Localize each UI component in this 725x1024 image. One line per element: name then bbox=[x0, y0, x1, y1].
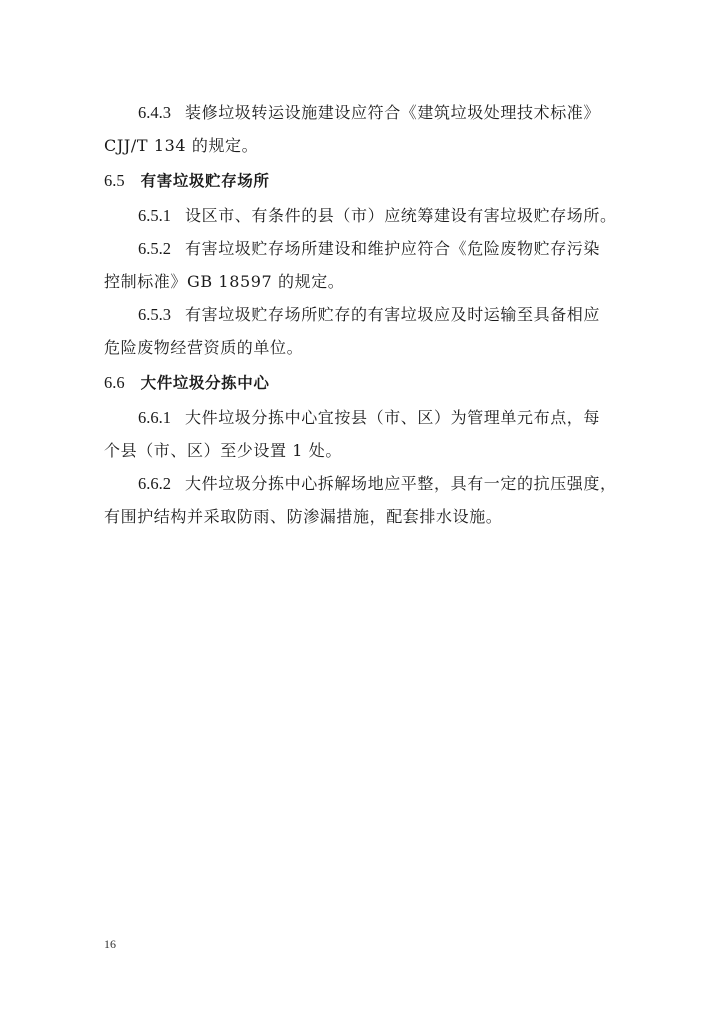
clause-text: 有围护结构并采取防雨、防渗漏措施，配套排水设施。 bbox=[104, 507, 502, 526]
clause-text: CJJ/T 134 的规定。 bbox=[104, 136, 258, 155]
clause-text: 有害垃圾贮存场所贮存的有害垃圾应及时运输至具备相应 bbox=[185, 305, 600, 324]
clause-number: 6.4.3 bbox=[138, 96, 171, 129]
clause-6-5-1: 6.5.1设区市、有条件的县（市）应统筹建设有害垃圾贮存场所。 bbox=[104, 199, 620, 232]
section-title: 大件垃圾分拣中心 bbox=[141, 374, 270, 392]
clause-text: 有害垃圾贮存场所建设和维护应符合《危险废物贮存污染 bbox=[185, 239, 600, 258]
section-number: 6.6 bbox=[104, 364, 125, 401]
section-heading-6-6: 6.6大件垃圾分拣中心 bbox=[104, 364, 620, 401]
section-title: 有害垃圾贮存场所 bbox=[141, 172, 270, 190]
clause-number: 6.5.2 bbox=[138, 232, 171, 265]
clause-line: 6.6.1大件垃圾分拣中心宜按县（市、区）为管理单元布点，每 bbox=[104, 401, 620, 434]
clause-line: 6.5.3有害垃圾贮存场所贮存的有害垃圾应及时运输至具备相应 bbox=[104, 298, 620, 331]
clause-line: 6.6.2大件垃圾分拣中心拆解场地应平整，具有一定的抗压强度， bbox=[104, 467, 620, 500]
clause-number: 6.6.1 bbox=[138, 401, 171, 434]
clause-6-5-2: 6.5.2有害垃圾贮存场所建设和维护应符合《危险废物贮存污染 控制标准》GB 1… bbox=[104, 232, 620, 298]
clause-text: 大件垃圾分拣中心拆解场地应平整，具有一定的抗压强度， bbox=[185, 474, 617, 493]
clause-line: 6.5.2有害垃圾贮存场所建设和维护应符合《危险废物贮存污染 bbox=[104, 232, 620, 265]
section-number: 6.5 bbox=[104, 162, 125, 199]
clause-text: 装修垃圾转运设施建设应符合《建筑垃圾处理技术标准》 bbox=[185, 103, 600, 122]
page-number: 16 bbox=[104, 937, 116, 952]
clause-number: 6.5.1 bbox=[138, 199, 171, 232]
clause-line: 6.4.3装修垃圾转运设施建设应符合《建筑垃圾处理技术标准》 bbox=[104, 96, 620, 129]
clause-number: 6.5.3 bbox=[138, 298, 171, 331]
clause-6-5-3: 6.5.3有害垃圾贮存场所贮存的有害垃圾应及时运输至具备相应 危险废物经营资质的… bbox=[104, 298, 620, 364]
clause-6-6-1: 6.6.1大件垃圾分拣中心宜按县（市、区）为管理单元布点，每 个县（市、区）至少… bbox=[104, 401, 620, 467]
clause-text: 危险废物经营资质的单位。 bbox=[104, 338, 303, 357]
clause-6-4-3: 6.4.3装修垃圾转运设施建设应符合《建筑垃圾处理技术标准》 CJJ/T 134… bbox=[104, 96, 620, 162]
clause-line: 个县（市、区）至少设置 1 处。 bbox=[104, 434, 620, 467]
clause-text: 个县（市、区）至少设置 1 处。 bbox=[104, 441, 342, 460]
document-page: 6.4.3装修垃圾转运设施建设应符合《建筑垃圾处理技术标准》 CJJ/T 134… bbox=[104, 96, 620, 533]
clause-line: 6.5.1设区市、有条件的县（市）应统筹建设有害垃圾贮存场所。 bbox=[104, 199, 620, 232]
section-heading-6-5: 6.5有害垃圾贮存场所 bbox=[104, 162, 620, 199]
clause-number: 6.6.2 bbox=[138, 467, 171, 500]
clause-line: 危险废物经营资质的单位。 bbox=[104, 331, 620, 364]
clause-6-6-2: 6.6.2大件垃圾分拣中心拆解场地应平整，具有一定的抗压强度， 有围护结构并采取… bbox=[104, 467, 620, 533]
clause-line: CJJ/T 134 的规定。 bbox=[104, 129, 620, 162]
clause-line: 有围护结构并采取防雨、防渗漏措施，配套排水设施。 bbox=[104, 500, 620, 533]
clause-line: 控制标准》GB 18597 的规定。 bbox=[104, 265, 620, 298]
clause-text: 设区市、有条件的县（市）应统筹建设有害垃圾贮存场所。 bbox=[185, 206, 617, 225]
clause-text: 大件垃圾分拣中心宜按县（市、区）为管理单元布点，每 bbox=[185, 408, 600, 427]
clause-text: 控制标准》GB 18597 的规定。 bbox=[104, 272, 344, 291]
